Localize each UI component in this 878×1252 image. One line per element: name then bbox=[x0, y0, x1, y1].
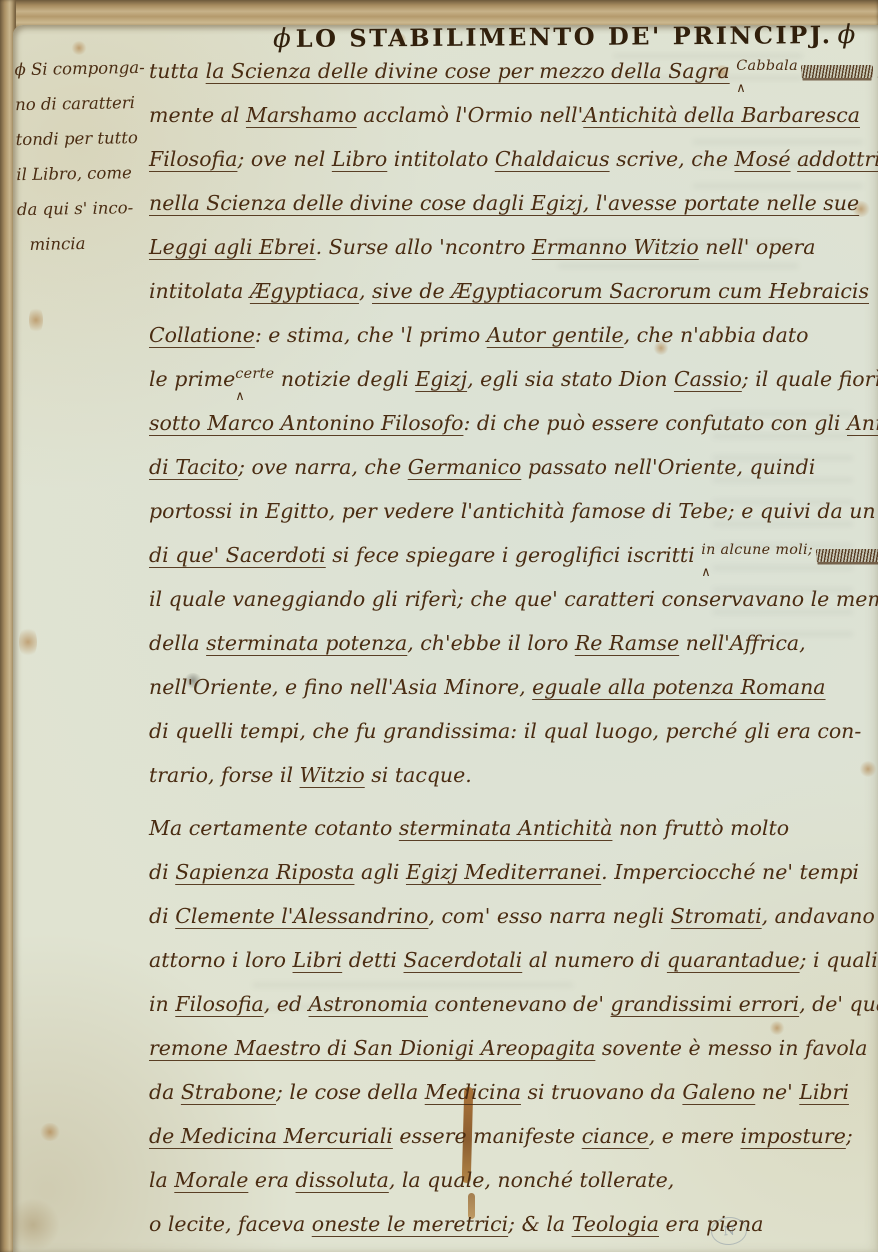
manuscript-line: sotto Marco Antonino Filosofo: di che pu… bbox=[149, 401, 876, 445]
text-segment: , ed bbox=[264, 992, 309, 1016]
text-segment: da bbox=[149, 1080, 181, 1104]
text-segment: della bbox=[149, 631, 206, 655]
text-segment: sovente è messo in favola bbox=[595, 1036, 867, 1060]
margin-note-line: tondi per tutto bbox=[15, 120, 150, 157]
text-segment: sterminata potenza bbox=[206, 631, 407, 655]
text-segment: ; ove narra, che bbox=[238, 455, 408, 479]
text-segment: nell'Oriente, e fino nell'Asia Minore, bbox=[149, 675, 532, 699]
text-segment: ; le cose della bbox=[276, 1080, 425, 1104]
text-segment: ciance bbox=[582, 1124, 649, 1148]
inserted-text: in alcune moli; bbox=[701, 542, 813, 558]
manuscript-line: mente al Marshamo acclamò l'Ormio nell'A… bbox=[149, 93, 876, 137]
text-segment: Ma certamente cotanto bbox=[149, 816, 399, 840]
text-segment: notizie degli bbox=[274, 367, 415, 391]
text-segment: , andavano bbox=[762, 904, 875, 928]
text-segment: , egli sia stato Dion bbox=[467, 367, 674, 391]
text-segment: Stromati bbox=[671, 904, 762, 928]
manuscript-line: Filosofia; ove nel Libro intitolato Chal… bbox=[149, 137, 876, 181]
text-segment: contenevano de' bbox=[428, 992, 611, 1016]
manuscript-line: il quale vaneggiando gli riferì; che que… bbox=[149, 577, 876, 621]
text-segment: detti bbox=[342, 948, 403, 972]
text-segment: di quelli tempi, che fu grandissima: il … bbox=[149, 719, 861, 743]
text-segment: Anna- bbox=[847, 411, 878, 435]
text-segment: . Surse allo 'ncontro bbox=[316, 235, 532, 259]
text-segment: la bbox=[149, 1168, 174, 1192]
text-segment: le prime bbox=[149, 367, 235, 391]
text-segment: Egizj bbox=[415, 367, 467, 391]
text-segment: la Scienza delle divine cose per mezzo d… bbox=[206, 59, 730, 83]
text-segment: non fruttò molto bbox=[612, 816, 789, 840]
manuscript-line: remone Maestro di San Dionigi Areopagita… bbox=[149, 1026, 876, 1070]
text-segment: de Medicina Mercuriali bbox=[149, 1124, 393, 1148]
text-segment: nell'Affrica, bbox=[679, 631, 806, 655]
text-segment: Mosé bbox=[735, 147, 791, 171]
text-segment: dissoluta bbox=[296, 1168, 389, 1192]
text-segment: imposture bbox=[740, 1124, 845, 1148]
manuscript-line: de Medicina Mercuriali essere manifeste … bbox=[149, 1114, 876, 1158]
text-segment: era bbox=[248, 1168, 295, 1192]
text-segment: : e stima, che 'l primo bbox=[255, 323, 487, 347]
text-segment: di bbox=[149, 860, 175, 884]
phi-mark-icon: ϕ bbox=[832, 20, 860, 50]
text-segment: ; ove nel bbox=[237, 147, 331, 171]
text-segment: Libri bbox=[293, 948, 343, 972]
text-segment: Witzio bbox=[300, 763, 365, 787]
text-segment: ; bbox=[846, 1124, 853, 1148]
text-segment: Teologia bbox=[572, 1212, 659, 1236]
text-segment: sive de Ægyptiacorum Sacrorum cum Hebrai… bbox=[372, 279, 869, 303]
text-segment: Ermanno Witzio bbox=[532, 235, 699, 259]
inserted-text: Cabbala bbox=[736, 58, 798, 74]
text-segment: essere manifeste bbox=[393, 1124, 582, 1148]
text-segment: Filosofia bbox=[149, 147, 237, 171]
text-segment: ; & la bbox=[508, 1212, 571, 1236]
paper-sheet: ϕLO STABILIMENTO DE' PRINCIPJ.ϕ ϕ Si com… bbox=[13, 25, 878, 1252]
manuscript-line: attorno i loro Libri detti Sacerdotali a… bbox=[149, 938, 876, 982]
manuscript-line: le primecerte notizie degli Egizj, egli … bbox=[149, 357, 876, 401]
text-segment: si tacque. bbox=[365, 763, 472, 787]
text-segment: agli bbox=[354, 860, 406, 884]
manuscript-line: di quelli tempi, che fu grandissima: il … bbox=[149, 709, 876, 753]
text-segment: Chaldaicus bbox=[495, 147, 610, 171]
margin-note-line: ϕ Si componga- bbox=[14, 50, 149, 87]
scribbled-out-text bbox=[816, 549, 878, 562]
margin-note-line: da qui s' inco- bbox=[17, 190, 152, 227]
inserted-text: certe bbox=[235, 366, 274, 382]
manuscript-line: nell'Oriente, e fino nell'Asia Minore, e… bbox=[149, 665, 876, 709]
manuscript-line: Ma certamente cotanto sterminata Antichi… bbox=[149, 806, 876, 850]
text-segment: : di che può essere confutato con gli bbox=[463, 411, 847, 435]
text-segment: mente al bbox=[149, 103, 246, 127]
text-segment: ; i quali bbox=[800, 948, 878, 972]
text-segment: Marshamo bbox=[246, 103, 357, 127]
manuscript-line: di Clemente l'Alessandrino, com' esso na… bbox=[149, 894, 876, 938]
manuscript-line: di Sapienza Riposta agli Egizj Mediterra… bbox=[149, 850, 876, 894]
text-segment: Re Ramse bbox=[575, 631, 679, 655]
text-segment: Sapienza Riposta bbox=[175, 860, 354, 884]
text-segment: , la quale, nonché tollerate, bbox=[389, 1168, 674, 1192]
text-segment: al numero di bbox=[522, 948, 667, 972]
manuscript-line: portossi in Egitto, per vedere l'antichi… bbox=[149, 489, 876, 533]
manuscript-line: Leggi agli Ebrei. Surse allo 'ncontro Er… bbox=[149, 225, 876, 269]
text-segment: Clemente l'Alessandrino bbox=[175, 904, 428, 928]
text-segment: remone Maestro di San Dionigi Areopagita bbox=[149, 1036, 595, 1060]
stain bbox=[29, 305, 43, 335]
manuscript-line: della sterminata potenza, ch'ebbe il lor… bbox=[149, 621, 876, 665]
text-segment: di que' Sacerdoti bbox=[149, 543, 326, 567]
manuscript-line: trario, forse il Witzio si tacque. bbox=[149, 753, 876, 797]
text-segment: Strabone bbox=[181, 1080, 276, 1104]
text-segment: Filosofia bbox=[175, 992, 263, 1016]
margin-note-line: no di caratteri bbox=[15, 85, 150, 122]
text-segment: passato nell'Oriente, quindi bbox=[521, 455, 815, 479]
text-segment: il quale vaneggiando gli riferì; che que… bbox=[149, 587, 878, 611]
text-segment: intitolata bbox=[149, 279, 250, 303]
manuscript-line: nella Scienza delle divine cose dagli Eg… bbox=[149, 181, 876, 225]
text-segment: , de' quali Che- bbox=[799, 992, 878, 1016]
text-segment: Astronomia bbox=[309, 992, 428, 1016]
text-segment: si truovano da bbox=[521, 1080, 682, 1104]
text-segment: , che n'abbia dato bbox=[624, 323, 809, 347]
text-segment: sotto Marco Antonino Filosofo bbox=[149, 411, 463, 435]
text-segment: nell' opera bbox=[699, 235, 816, 259]
text-segment: Libro bbox=[332, 147, 387, 171]
margin-note: ϕ Si componga-no di caratteritondi per t… bbox=[14, 50, 152, 262]
text-segment: Autor gentile bbox=[487, 323, 624, 347]
manuscript-line: in Filosofia, ed Astronomia contenevano … bbox=[149, 982, 876, 1026]
manuscript-line: di Tacito; ove narra, che Germanico pass… bbox=[149, 445, 876, 489]
manuscript-line: tutta la Scienza delle divine cose per m… bbox=[149, 49, 876, 93]
text-segment: addottrinato bbox=[797, 147, 878, 171]
manuscript-line: Collatione: e stima, che 'l primo Autor … bbox=[149, 313, 876, 357]
manuscript-line: la Morale era dissoluta, la quale, nonch… bbox=[149, 1158, 876, 1202]
scribbled-out-text bbox=[801, 65, 873, 78]
text-segment: Cassio bbox=[674, 367, 742, 391]
main-text: tutta la Scienza delle divine cose per m… bbox=[149, 49, 876, 1246]
text-segment: trario, forse il bbox=[149, 763, 300, 787]
manuscript-line: da Strabone; le cose della Medicina si t… bbox=[149, 1070, 876, 1114]
manuscript-line: o lecite, faceva oneste le meretrici; & … bbox=[149, 1202, 876, 1246]
text-segment: Medicina bbox=[425, 1080, 521, 1104]
margin-note-line: mincia bbox=[17, 225, 152, 262]
text-segment: , ch'ebbe il loro bbox=[407, 631, 575, 655]
manuscript-page: ϕLO STABILIMENTO DE' PRINCIPJ.ϕ ϕ Si com… bbox=[0, 0, 878, 1252]
text-segment: scrive, che bbox=[610, 147, 735, 171]
text-segment: tutta bbox=[149, 59, 206, 83]
text-segment: . Imperciocché ne' tempi bbox=[601, 860, 859, 884]
stain bbox=[7, 1197, 59, 1252]
text-segment: o lecite, faceva bbox=[149, 1212, 312, 1236]
manuscript-line: di que' Sacerdoti si fece spiegare i ger… bbox=[149, 533, 876, 577]
text-segment: sterminata Antichità bbox=[399, 816, 613, 840]
text-segment: intitolato bbox=[387, 147, 495, 171]
text-segment: portossi in Egitto, per vedere l'antichi… bbox=[149, 499, 876, 523]
text-segment: Leggi agli Ebrei bbox=[149, 235, 316, 259]
text-segment: Libri bbox=[799, 1080, 849, 1104]
title-text: LO STABILIMENTO DE' PRINCIPJ. bbox=[296, 20, 833, 53]
stain bbox=[19, 625, 37, 659]
text-segment: Ægyptiaca bbox=[250, 279, 359, 303]
stamp-letter: N bbox=[723, 1223, 735, 1239]
stain bbox=[39, 1123, 61, 1141]
text-segment: ; il quale fiorì bbox=[742, 367, 878, 391]
text-segment: Morale bbox=[174, 1168, 248, 1192]
margin-note-line: il Libro, come bbox=[16, 155, 151, 192]
text-segment: oneste le meretrici bbox=[312, 1212, 508, 1236]
text-segment: , com' esso narra negli bbox=[428, 904, 670, 928]
text-segment: Sacerdotali bbox=[404, 948, 523, 972]
text-segment: attorno i loro bbox=[149, 948, 293, 972]
text-segment: in bbox=[149, 992, 175, 1016]
text-segment: eguale alla potenza Romana bbox=[532, 675, 825, 699]
text-segment: Egizj Mediterranei bbox=[406, 860, 601, 884]
text-segment: Antichità della Barbaresca bbox=[583, 103, 860, 127]
text-segment: ne' bbox=[755, 1080, 799, 1104]
text-segment: , bbox=[359, 279, 372, 303]
text-segment: grandissimi errori bbox=[611, 992, 800, 1016]
text-segment: Collatione bbox=[149, 323, 255, 347]
manuscript-line: intitolata Ægyptiaca, sive de Ægyptiacor… bbox=[149, 269, 876, 313]
text-segment: Galeno bbox=[682, 1080, 755, 1104]
text-segment: si fece spiegare i geroglifici iscritti bbox=[326, 543, 701, 567]
text-segment: , e mere bbox=[649, 1124, 741, 1148]
text-segment: Germanico bbox=[408, 455, 522, 479]
text-segment: acclamò l'Ormio nell' bbox=[357, 103, 584, 127]
text-segment: di Tacito bbox=[149, 455, 238, 479]
text-segment: nella Scienza delle divine cose dagli Eg… bbox=[149, 191, 859, 215]
text-segment: di bbox=[149, 904, 175, 928]
text-segment: quarantadue bbox=[667, 948, 800, 972]
